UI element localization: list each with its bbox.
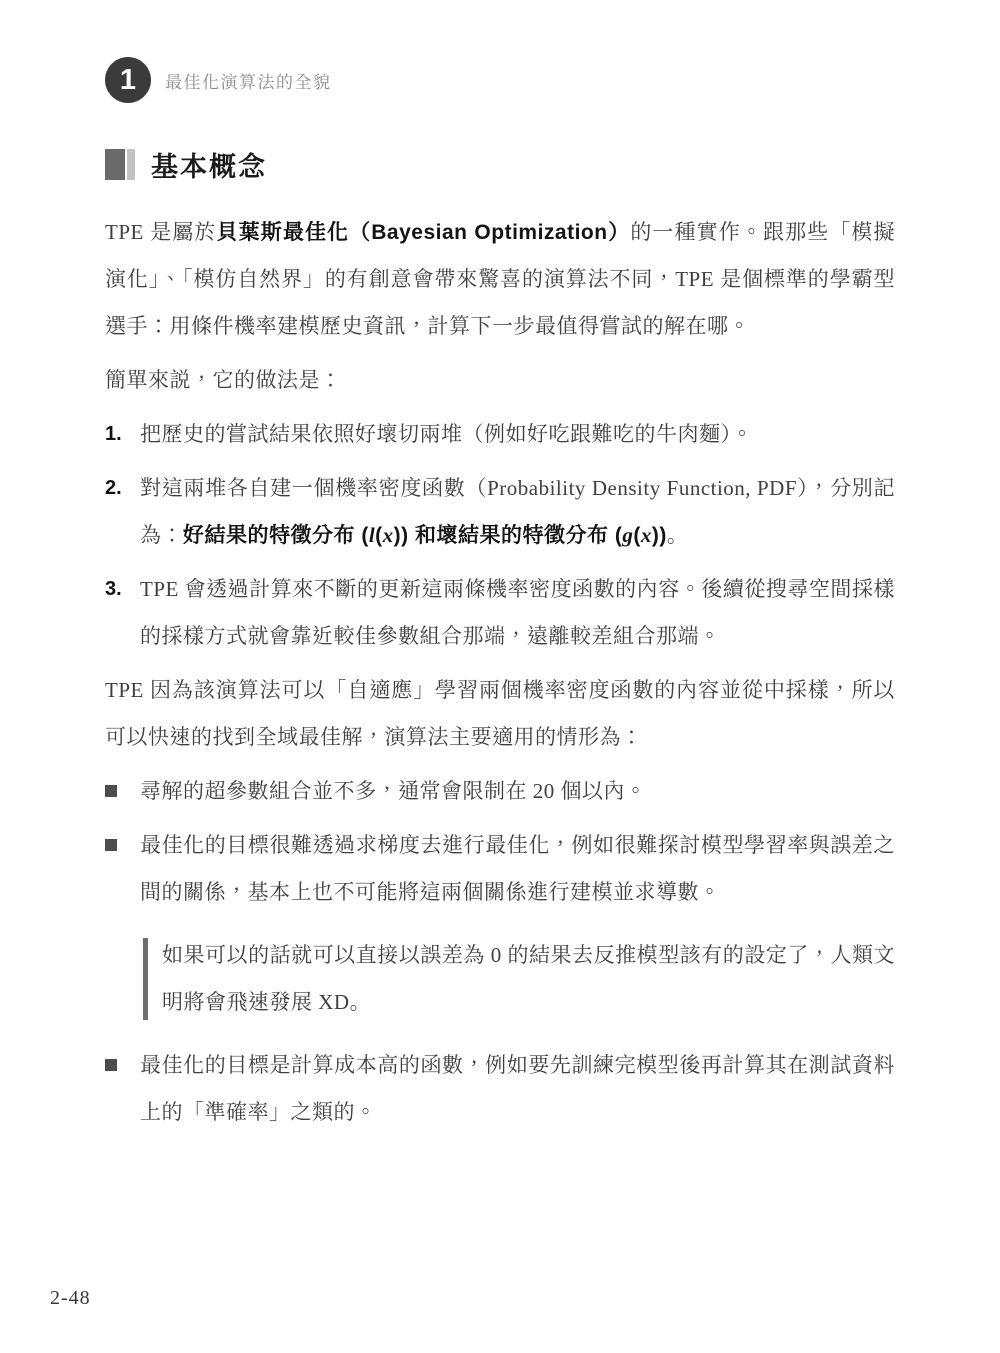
step-text: 把歷史的嘗試結果依照好壞切兩堆（例如好吃跟難吃的牛肉麵）。 [140, 411, 895, 458]
step-number: 3. [105, 566, 140, 660]
step-item-1: 1. 把歷史的嘗試結果依照好壞切兩堆（例如好吃跟難吃的牛肉麵）。 [105, 411, 895, 458]
paragraph-tpe-intro: TPE 是屬於貝葉斯最佳化（Bayesian Optimization）的一種實… [105, 209, 895, 350]
quote-text: 如果可以的話就可以直接以誤差為 0 的結果去反推模型該有的設定了，人類文明將會飛… [162, 932, 895, 1026]
chapter-header: 1 最佳化演算法的全貌 [105, 57, 895, 103]
marker-dark-block [105, 149, 125, 180]
bullet-square-icon [105, 1059, 117, 1071]
bullet-square-icon [105, 785, 117, 797]
bullet-text: 最佳化的目標很難透過求梯度去進行最佳化，例如很難探討模型學習率與誤差之間的關係，… [140, 822, 895, 916]
step-text: 對這兩堆各自建一個機率密度函數（Probability Density Func… [140, 465, 895, 559]
section-title: 基本概念 [151, 145, 267, 184]
section-heading: 基本概念 [105, 145, 895, 184]
paragraph-lead-in: 簡單來説，它的做法是： [105, 357, 895, 404]
step-number: 2. [105, 465, 140, 559]
page-number: 2-48 [50, 1287, 91, 1310]
chapter-title: 最佳化演算法的全貌 [165, 68, 332, 93]
step-item-3: 3. TPE 會透過計算來不斷的更新這兩條機率密度函數的內容。後續從搜尋空間採樣… [105, 566, 895, 660]
steps-list: 1. 把歷史的嘗試結果依照好壞切兩堆（例如好吃跟難吃的牛肉麵）。 2. 對這兩堆… [105, 411, 895, 660]
book-page: 1 最佳化演算法的全貌 基本概念 TPE 是屬於貝葉斯最佳化（Bayesian … [0, 0, 1000, 1353]
quote-bar [143, 938, 148, 1020]
chapter-number-badge-icon: 1 [105, 57, 151, 103]
step-number: 1. [105, 411, 140, 458]
marker-light-block [127, 149, 135, 180]
paragraph-use-cases: TPE 因為該演算法可以「自適應」學習兩個機率密度函數的內容並從中採樣，所以可以… [105, 667, 895, 761]
bullet-square-icon [105, 839, 117, 851]
bullet-text: 最佳化的目標是計算成本高的函數，例如要先訓練完模型後再計算其在測試資料上的「準確… [140, 1042, 895, 1136]
step-text: TPE 會透過計算來不斷的更新這兩條機率密度函數的內容。後續從搜尋空間採樣的採樣… [140, 566, 895, 660]
step-item-2: 2. 對這兩堆各自建一個機率密度函數（Probability Density F… [105, 465, 895, 559]
bullet-item-3: 最佳化的目標是計算成本高的函數，例如要先訓練完模型後再計算其在測試資料上的「準確… [105, 1042, 895, 1136]
chapter-number: 1 [120, 64, 136, 97]
bullet-item-1: 尋解的超參數組合並不多，通常會限制在 20 個以內。 [105, 768, 895, 815]
section-marker-icon [105, 149, 135, 180]
bullet-item-2: 最佳化的目標很難透過求梯度去進行最佳化，例如很難探討模型學習率與誤差之間的關係，… [105, 822, 895, 916]
bullet-text: 尋解的超參數組合並不多，通常會限制在 20 個以內。 [140, 768, 895, 815]
side-note-quote: 如果可以的話就可以直接以誤差為 0 的結果去反推模型該有的設定了，人類文明將會飛… [143, 932, 895, 1026]
